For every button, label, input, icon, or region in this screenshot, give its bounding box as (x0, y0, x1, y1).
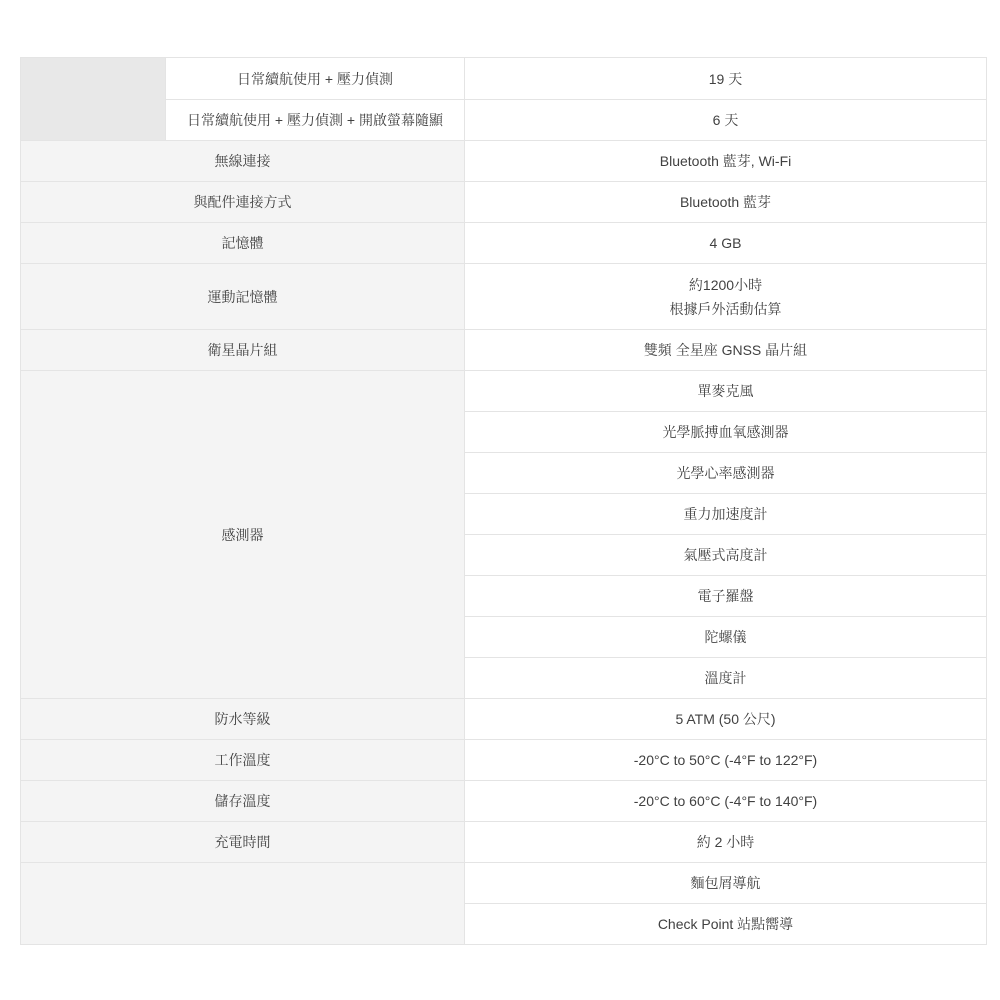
spec-label-sport-memory: 運動記憶體 (21, 264, 465, 330)
sensor-item: 溫度計 (465, 658, 987, 699)
table-row: 充電時間 約 2 小時 (21, 822, 987, 863)
spec-value: 5 ATM (50 公尺) (465, 699, 987, 740)
spec-label-water-rating: 防水等級 (21, 699, 465, 740)
spec-value: 6 天 (465, 100, 987, 141)
table-row: 無線連接 Bluetooth 藍芽, Wi-Fi (21, 141, 987, 182)
spec-label-wireless: 無線連接 (21, 141, 465, 182)
spec-value: Bluetooth 藍芽, Wi-Fi (465, 141, 987, 182)
table-row: 儲存溫度 -20°C to 60°C (-4°F to 140°F) (21, 781, 987, 822)
navigation-feature: Check Point 站點嚮導 (465, 904, 987, 945)
table-row: 日常續航使用 + 壓力偵測 19 天 (21, 58, 987, 100)
spec-label-memory: 記憶體 (21, 223, 465, 264)
spec-value-line1: 約1200小時 (471, 273, 980, 297)
spec-label-storage-temp: 儲存溫度 (21, 781, 465, 822)
spec-value: 4 GB (465, 223, 987, 264)
table-row: 麵包屑導航 (21, 863, 987, 904)
sensor-item: 光學脈搏血氧感測器 (465, 412, 987, 453)
sensor-item: 陀螺儀 (465, 617, 987, 658)
sensor-item: 氣壓式高度計 (465, 535, 987, 576)
spec-label-sensors: 感測器 (21, 371, 465, 699)
spec-sublabel: 日常續航使用 + 壓力偵測 (166, 58, 465, 100)
table-row: 衛星晶片組 雙頻 全星座 GNSS 晶片組 (21, 330, 987, 371)
spec-table: 日常續航使用 + 壓力偵測 19 天 日常續航使用 + 壓力偵測 + 開啟螢幕隨… (20, 57, 987, 945)
spec-value: 雙頻 全星座 GNSS 晶片組 (465, 330, 987, 371)
spec-value-line2: 根據戶外活動估算 (471, 297, 980, 321)
sensor-item: 單麥克風 (465, 371, 987, 412)
empty-label-cell (21, 863, 465, 945)
sensor-item: 光學心率感測器 (465, 453, 987, 494)
table-row: 防水等級 5 ATM (50 公尺) (21, 699, 987, 740)
spec-table-container: 日常續航使用 + 壓力偵測 19 天 日常續航使用 + 壓力偵測 + 開啟螢幕隨… (20, 57, 987, 945)
spec-label-accessory-connection: 與配件連接方式 (21, 182, 465, 223)
spec-value: 約1200小時 根據戶外活動估算 (465, 264, 987, 330)
sensor-item: 重力加速度計 (465, 494, 987, 535)
spec-label-operating-temp: 工作溫度 (21, 740, 465, 781)
spec-value: -20°C to 60°C (-4°F to 140°F) (465, 781, 987, 822)
table-row: 記憶體 4 GB (21, 223, 987, 264)
spec-value: Bluetooth 藍芽 (465, 182, 987, 223)
spec-sublabel: 日常續航使用 + 壓力偵測 + 開啟螢幕隨顯 (166, 100, 465, 141)
table-row: 運動記憶體 約1200小時 根據戶外活動估算 (21, 264, 987, 330)
spec-label-charge-time: 充電時間 (21, 822, 465, 863)
spec-label-satellite-chipset: 衛星晶片組 (21, 330, 465, 371)
navigation-feature: 麵包屑導航 (465, 863, 987, 904)
battery-category-cell (21, 58, 166, 141)
sensor-item: 電子羅盤 (465, 576, 987, 617)
table-row: 與配件連接方式 Bluetooth 藍芽 (21, 182, 987, 223)
spec-value: 約 2 小時 (465, 822, 987, 863)
table-row: 日常續航使用 + 壓力偵測 + 開啟螢幕隨顯 6 天 (21, 100, 987, 141)
table-row: 感測器 單麥克風 (21, 371, 987, 412)
spec-value: -20°C to 50°C (-4°F to 122°F) (465, 740, 987, 781)
spec-value: 19 天 (465, 58, 987, 100)
table-row: 工作溫度 -20°C to 50°C (-4°F to 122°F) (21, 740, 987, 781)
